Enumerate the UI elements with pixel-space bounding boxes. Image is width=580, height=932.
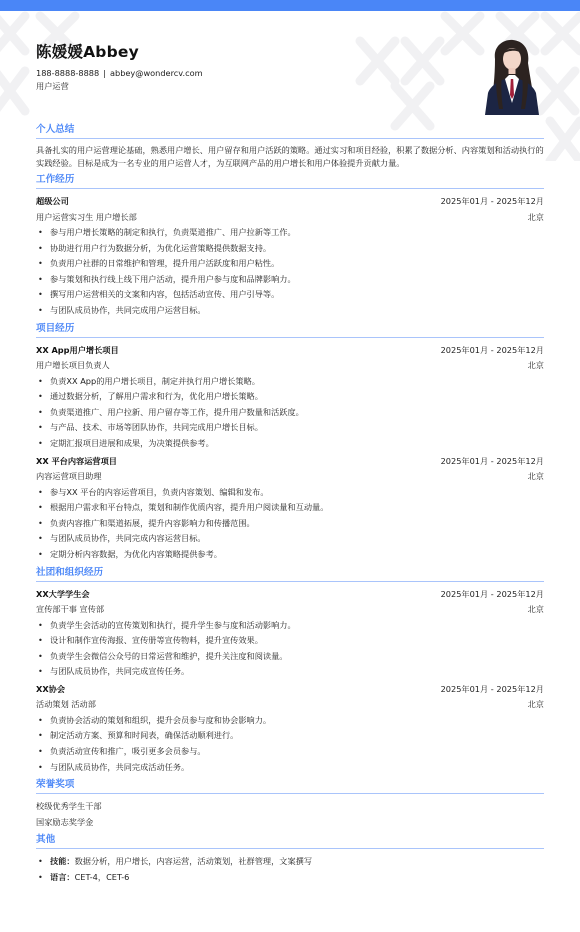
- top-accent-bar: [0, 0, 580, 11]
- entry-role: 活动策划 活动部: [36, 697, 96, 713]
- section-title-other: 其他: [36, 833, 544, 849]
- bullet-item: 通过数据分析，了解用户需求和行为，优化用户增长策略。: [36, 389, 544, 405]
- entry-bullets: 参与XX 平台的内容运营项目，负责内容策划、编辑和发布。 根据用户需求和平台特点…: [36, 485, 544, 563]
- bullet-item: 负责渠道推广、用户拉新、用户留存等工作，提升用户数量和活跃度。: [36, 405, 544, 421]
- bullet-item: 参与XX 平台的内容运营项目，负责内容策划、编辑和发布。: [36, 485, 544, 501]
- bullet-item: 协助进行用户行为数据分析，为优化运营策略提供数据支持。: [36, 241, 544, 257]
- languages-label: 语言：: [50, 872, 75, 882]
- entry-date-range: 2025年01月 - 2025年12月: [441, 682, 544, 698]
- skills-label: 技能：: [50, 856, 75, 866]
- work-entry: 超级公司 2025年01月 - 2025年12月 用户运营实习生 用户增长部 北…: [36, 194, 544, 319]
- bullet-item: 定期汇报项目进展和成果，为决策提供参考。: [36, 436, 544, 452]
- section-title-clubs: 社团和组织经历: [36, 566, 544, 582]
- bullet-item: 与团队成员协作，共同完成用户运营目标。: [36, 303, 544, 319]
- phone-number: 188-8888-8888: [36, 68, 99, 78]
- candidate-name: 陈媛媛Abbey: [36, 42, 544, 62]
- section-title-honors: 荣誉奖项: [36, 778, 544, 794]
- section-title-summary: 个人总结: [36, 123, 544, 139]
- bullet-item: 与产品、技术、市场等团队协作，共同完成用户增长目标。: [36, 420, 544, 436]
- section-title-work: 工作经历: [36, 173, 544, 189]
- languages-item: 语言：CET-4，CET-6: [36, 870, 544, 886]
- bullet-item: 与团队成员协作，共同完成内容运营目标。: [36, 531, 544, 547]
- bullet-item: 与团队成员协作，共同完成活动任务。: [36, 760, 544, 776]
- bullet-item: 负责学生会活动的宣传策划和执行，提升学生参与度和活动影响力。: [36, 618, 544, 634]
- bullet-item: 根据用户需求和平台特点，策划和制作优质内容，提升用户阅读量和互动量。: [36, 500, 544, 516]
- entry-organization: XX 平台内容运营项目: [36, 454, 117, 470]
- section-clubs: 社团和组织经历 XX大学学生会 2025年01月 - 2025年12月 宣传部干…: [36, 566, 544, 776]
- entry-location: 北京: [528, 358, 544, 374]
- resume-header: 陈媛媛Abbey 188-8888-8888|abbey@wondercv.co…: [36, 11, 544, 123]
- entry-date-range: 2025年01月 - 2025年12月: [441, 343, 544, 359]
- entry-role: 用户运营实习生 用户增长部: [36, 210, 137, 226]
- bullet-item: 参与用户增长策略的制定和执行，负责渠道推广、用户拉新等工作。: [36, 225, 544, 241]
- skills-item: 技能：数据分析，用户增长，内容运营，活动策划，社群管理，文案撰写: [36, 854, 544, 870]
- other-list: 技能：数据分析，用户增长，内容运营，活动策划，社群管理，文案撰写 语言：CET-…: [36, 854, 544, 885]
- bullet-item: 负责内容推广和渠道拓展，提升内容影响力和传播范围。: [36, 516, 544, 532]
- entry-location: 北京: [528, 697, 544, 713]
- entry-bullets: 负责协会活动的策划和组织，提升会员参与度和协会影响力。 制定活动方案、预算和时间…: [36, 713, 544, 775]
- entry-organization: XX大学学生会: [36, 587, 90, 603]
- bullet-item: 参与策划和执行线上线下用户活动，提升用户参与度和品牌影响力。: [36, 272, 544, 288]
- entry-bullets: 参与用户增长策略的制定和执行，负责渠道推广、用户拉新等工作。 协助进行用户行为数…: [36, 225, 544, 319]
- project-entry: XX App用户增长项目 2025年01月 - 2025年12月 用户增长项目负…: [36, 343, 544, 452]
- contact-line: 188-8888-8888|abbey@wondercv.com: [36, 68, 544, 78]
- bullet-item: 负责用户社群的日常维护和管理，提升用户活跃度和用户粘性。: [36, 256, 544, 272]
- section-honors: 荣誉奖项 校级优秀学生干部 国家励志奖学金: [36, 778, 544, 830]
- entry-date-range: 2025年01月 - 2025年12月: [441, 194, 544, 210]
- entry-location: 北京: [528, 210, 544, 226]
- entry-role: 宣传部干事 宣传部: [36, 602, 104, 618]
- bullet-item: 制定活动方案、预算和时间表，确保活动顺利进行。: [36, 728, 544, 744]
- bullet-item: 负责活动宣传和推广，吸引更多会员参与。: [36, 744, 544, 760]
- languages-value: CET-4，CET-6: [75, 872, 130, 882]
- entry-bullets: 负责XX App的用户增长项目，制定并执行用户增长策略。 通过数据分析，了解用户…: [36, 374, 544, 452]
- entry-bullets: 负责学生会活动的宣传策划和执行，提升学生参与度和活动影响力。 设计和制作宣传海报…: [36, 618, 544, 680]
- section-title-projects: 项目经历: [36, 322, 544, 338]
- entry-date-range: 2025年01月 - 2025年12月: [441, 587, 544, 603]
- honor-item: 校级优秀学生干部: [36, 799, 544, 815]
- entry-role: 用户增长项目负责人: [36, 358, 110, 374]
- contact-separator: |: [103, 68, 106, 78]
- bullet-item: 设计和制作宣传海报、宣传册等宣传物料，提升宣传效果。: [36, 633, 544, 649]
- summary-text: 具备扎实的用户运营理论基础，熟悉用户增长、用户留存和用户活跃的策略。通过实习和项…: [36, 144, 544, 170]
- club-entry: XX大学学生会 2025年01月 - 2025年12月 宣传部干事 宣传部 北京…: [36, 587, 544, 680]
- bullet-item: 负责学生会微信公众号的日常运营和维护，提升关注度和阅读量。: [36, 649, 544, 665]
- entry-location: 北京: [528, 602, 544, 618]
- skills-value: 数据分析，用户增长，内容运营，活动策划，社群管理，文案撰写: [75, 856, 312, 866]
- profile-photo-icon: [483, 37, 541, 115]
- bullet-item: 撰写用户运营相关的文案和内容，包括活动宣传、用户引导等。: [36, 287, 544, 303]
- honor-item: 国家励志奖学金: [36, 815, 544, 831]
- bullet-item: 与团队成员协作，共同完成宣传任务。: [36, 664, 544, 680]
- entry-date-range: 2025年01月 - 2025年12月: [441, 454, 544, 470]
- job-intent: 用户运营: [36, 81, 544, 91]
- bullet-item: 负责XX App的用户增长项目，制定并执行用户增长策略。: [36, 374, 544, 390]
- bullet-item: 定期分析内容数据，为优化内容策略提供参考。: [36, 547, 544, 563]
- club-entry: XX协会 2025年01月 - 2025年12月 活动策划 活动部 北京 负责协…: [36, 682, 544, 775]
- email-address: abbey@wondercv.com: [110, 68, 203, 78]
- entry-organization: XX App用户增长项目: [36, 343, 119, 359]
- entry-location: 北京: [528, 469, 544, 485]
- section-projects: 项目经历 XX App用户增长项目 2025年01月 - 2025年12月 用户…: [36, 322, 544, 563]
- entry-role: 内容运营项目助理: [36, 469, 102, 485]
- section-other: 其他 技能：数据分析，用户增长，内容运营，活动策划，社群管理，文案撰写 语言：C…: [36, 833, 544, 885]
- section-summary: 个人总结 具备扎实的用户运营理论基础，熟悉用户增长、用户留存和用户活跃的策略。通…: [36, 123, 544, 170]
- bullet-item: 负责协会活动的策划和组织，提升会员参与度和协会影响力。: [36, 713, 544, 729]
- section-work: 工作经历 超级公司 2025年01月 - 2025年12月 用户运营实习生 用户…: [36, 173, 544, 319]
- entry-organization: XX协会: [36, 682, 65, 698]
- project-entry: XX 平台内容运营项目 2025年01月 - 2025年12月 内容运营项目助理…: [36, 454, 544, 563]
- entry-organization: 超级公司: [36, 194, 69, 210]
